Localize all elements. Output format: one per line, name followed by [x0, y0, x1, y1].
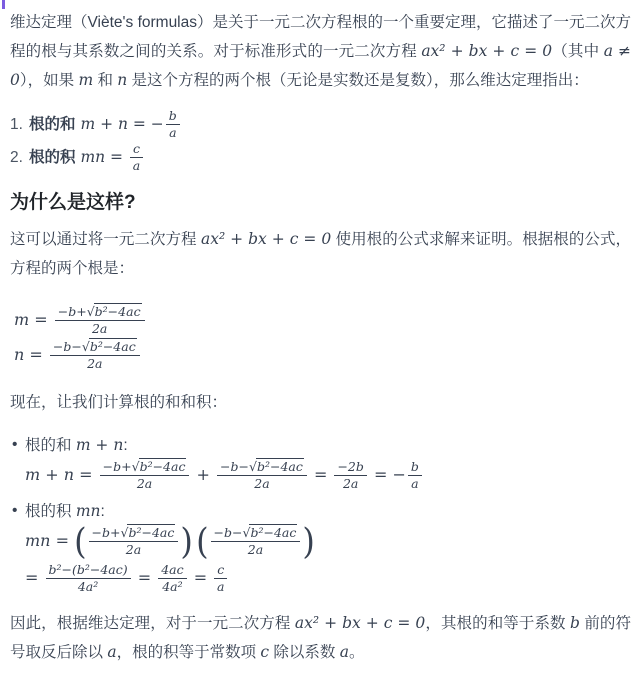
root-product-label: 根的积 [29, 149, 76, 166]
bullet-marker: • [10, 500, 25, 597]
list-item-content: 根的积 mn = ca [29, 142, 145, 174]
inline-math-product-lhs: mn = [76, 148, 128, 166]
root-sum-label: 根的和 [29, 116, 76, 133]
fraction: −b−√b²−4ac2a [211, 526, 301, 558]
fraction-root-n: −b−√b²−4ac2a [50, 340, 140, 372]
fraction: −b+√b²−4ac2a [89, 526, 179, 558]
radicand: b²−4ac [139, 458, 187, 474]
inline-math-c: c [260, 643, 269, 661]
fraction: ba [408, 460, 422, 492]
radicand: b²−4ac [249, 524, 297, 540]
right-paren: ) [302, 525, 314, 559]
bullet-marker: • [10, 434, 25, 494]
now-paragraph: 现在，让我们计算根的和和积： [10, 388, 631, 417]
root-n-formula: n = −b−√b²−4ac2a [14, 338, 631, 373]
product-calc-equation-1: mn = (−b+√b²−4ac2a) (−b−√b²−4ac2a) [25, 523, 631, 560]
intro-text: 是这个方程的两个根（无论是实数还是复数），那么维达定理指出： [127, 72, 589, 89]
list-item-content: 根的和 m + n = −ba [29, 109, 182, 141]
intro-text: 和 [93, 72, 117, 89]
sum-calc-title: 根的和 m + n: [25, 434, 631, 457]
product-calculation-item: • 根的积 mn: mn = (−b+√b²−4ac2a) (−b−√b²−4a… [10, 500, 631, 597]
conclusion-text: 因此，根据维达定理，对于一元二次方程 [10, 615, 295, 632]
inline-math-quadratic: ax² + bx + c = 0 [421, 42, 552, 60]
intro-text: （其中 [552, 43, 604, 60]
calculation-list: • 根的和 m + n: m + n = −b+√b²−4ac2a + −b−√… [10, 434, 631, 597]
vieta-formulas-list: 1. 根的和 m + n = −ba 2. 根的积 mn = ca [10, 109, 631, 174]
document-page: 维达定理（Viète's formulas）是关于一元二次方程根的一个重要定理，… [0, 0, 641, 667]
radicand: b²−4ac [127, 524, 175, 540]
inline-math-quadratic: ax² + bx + c = 0 [295, 614, 425, 632]
inline-math-a: a [340, 643, 349, 661]
inline-math-sum-lhs: m + n = − [76, 115, 164, 133]
left-paren: ( [74, 525, 86, 559]
left-paren: ( [196, 525, 208, 559]
radicand: b²−4ac [94, 303, 142, 319]
fraction: −b−√b²−4ac2a [217, 460, 307, 492]
conclusion-text: 。 [349, 644, 365, 661]
root-m-formula: m = −b+√b²−4ac2a [14, 303, 631, 338]
inline-math-quadratic: ax² + bx + c = 0 [201, 230, 331, 248]
intro-text: ），如果 [20, 72, 79, 89]
inline-math-a: a [107, 643, 116, 661]
fraction: 4ac4a² [158, 563, 186, 595]
intro-paragraph: 维达定理（Viète's formulas）是关于一元二次方程根的一个重要定理，… [10, 8, 631, 95]
why-heading: 为什么是这样? [10, 190, 631, 215]
conclusion-text: 除以系数 [269, 644, 340, 661]
roots-formula-block: m = −b+√b²−4ac2a n = −b−√b²−4ac2a [14, 303, 631, 373]
fraction-b-over-a: ba [166, 109, 180, 141]
proof-intro-paragraph: 这可以通过将一元二次方程 ax² + bx + c = 0 使用根的公式求解来证… [10, 225, 631, 283]
product-calc-equation-2: = b²−(b²−4ac)4a² = 4ac4a² = ca [25, 560, 631, 597]
list-number: 1. [10, 116, 29, 134]
inline-math-b: b [570, 614, 580, 632]
conclusion-text: ，其根的和等于系数 [425, 615, 570, 632]
conclusion-paragraph: 因此，根据维达定理，对于一元二次方程 ax² + bx + c = 0，其根的和… [10, 609, 631, 667]
text-caret [2, 0, 5, 9]
fraction: −2b2a [334, 460, 366, 492]
list-item-root-sum: 1. 根的和 m + n = −ba [10, 109, 631, 141]
fraction-c-over-a: ca [130, 142, 143, 174]
sum-calculation-item: • 根的和 m + n: m + n = −b+√b²−4ac2a + −b−√… [10, 434, 631, 494]
list-number: 2. [10, 149, 29, 167]
conclusion-text: ，根的积等于常数项 [117, 644, 261, 661]
right-paren: ) [180, 525, 192, 559]
fraction: ca [214, 563, 227, 595]
fraction: b²−(b²−4ac)4a² [46, 563, 131, 595]
radicand: b²−4ac [256, 458, 304, 474]
sum-calc-equation: m + n = −b+√b²−4ac2a + −b−√b²−4ac2a = −2… [25, 457, 631, 494]
fraction: −b+√b²−4ac2a [100, 460, 190, 492]
inline-math-n: n [117, 71, 127, 89]
inline-math-m: m [78, 71, 93, 89]
fraction-root-m: −b+√b²−4ac2a [55, 305, 145, 337]
list-item-root-product: 2. 根的积 mn = ca [10, 142, 631, 174]
proof-text: 这可以通过将一元二次方程 [10, 231, 201, 248]
product-calc-title: 根的积 mn: [25, 500, 631, 523]
radicand: b²−4ac [89, 338, 137, 354]
